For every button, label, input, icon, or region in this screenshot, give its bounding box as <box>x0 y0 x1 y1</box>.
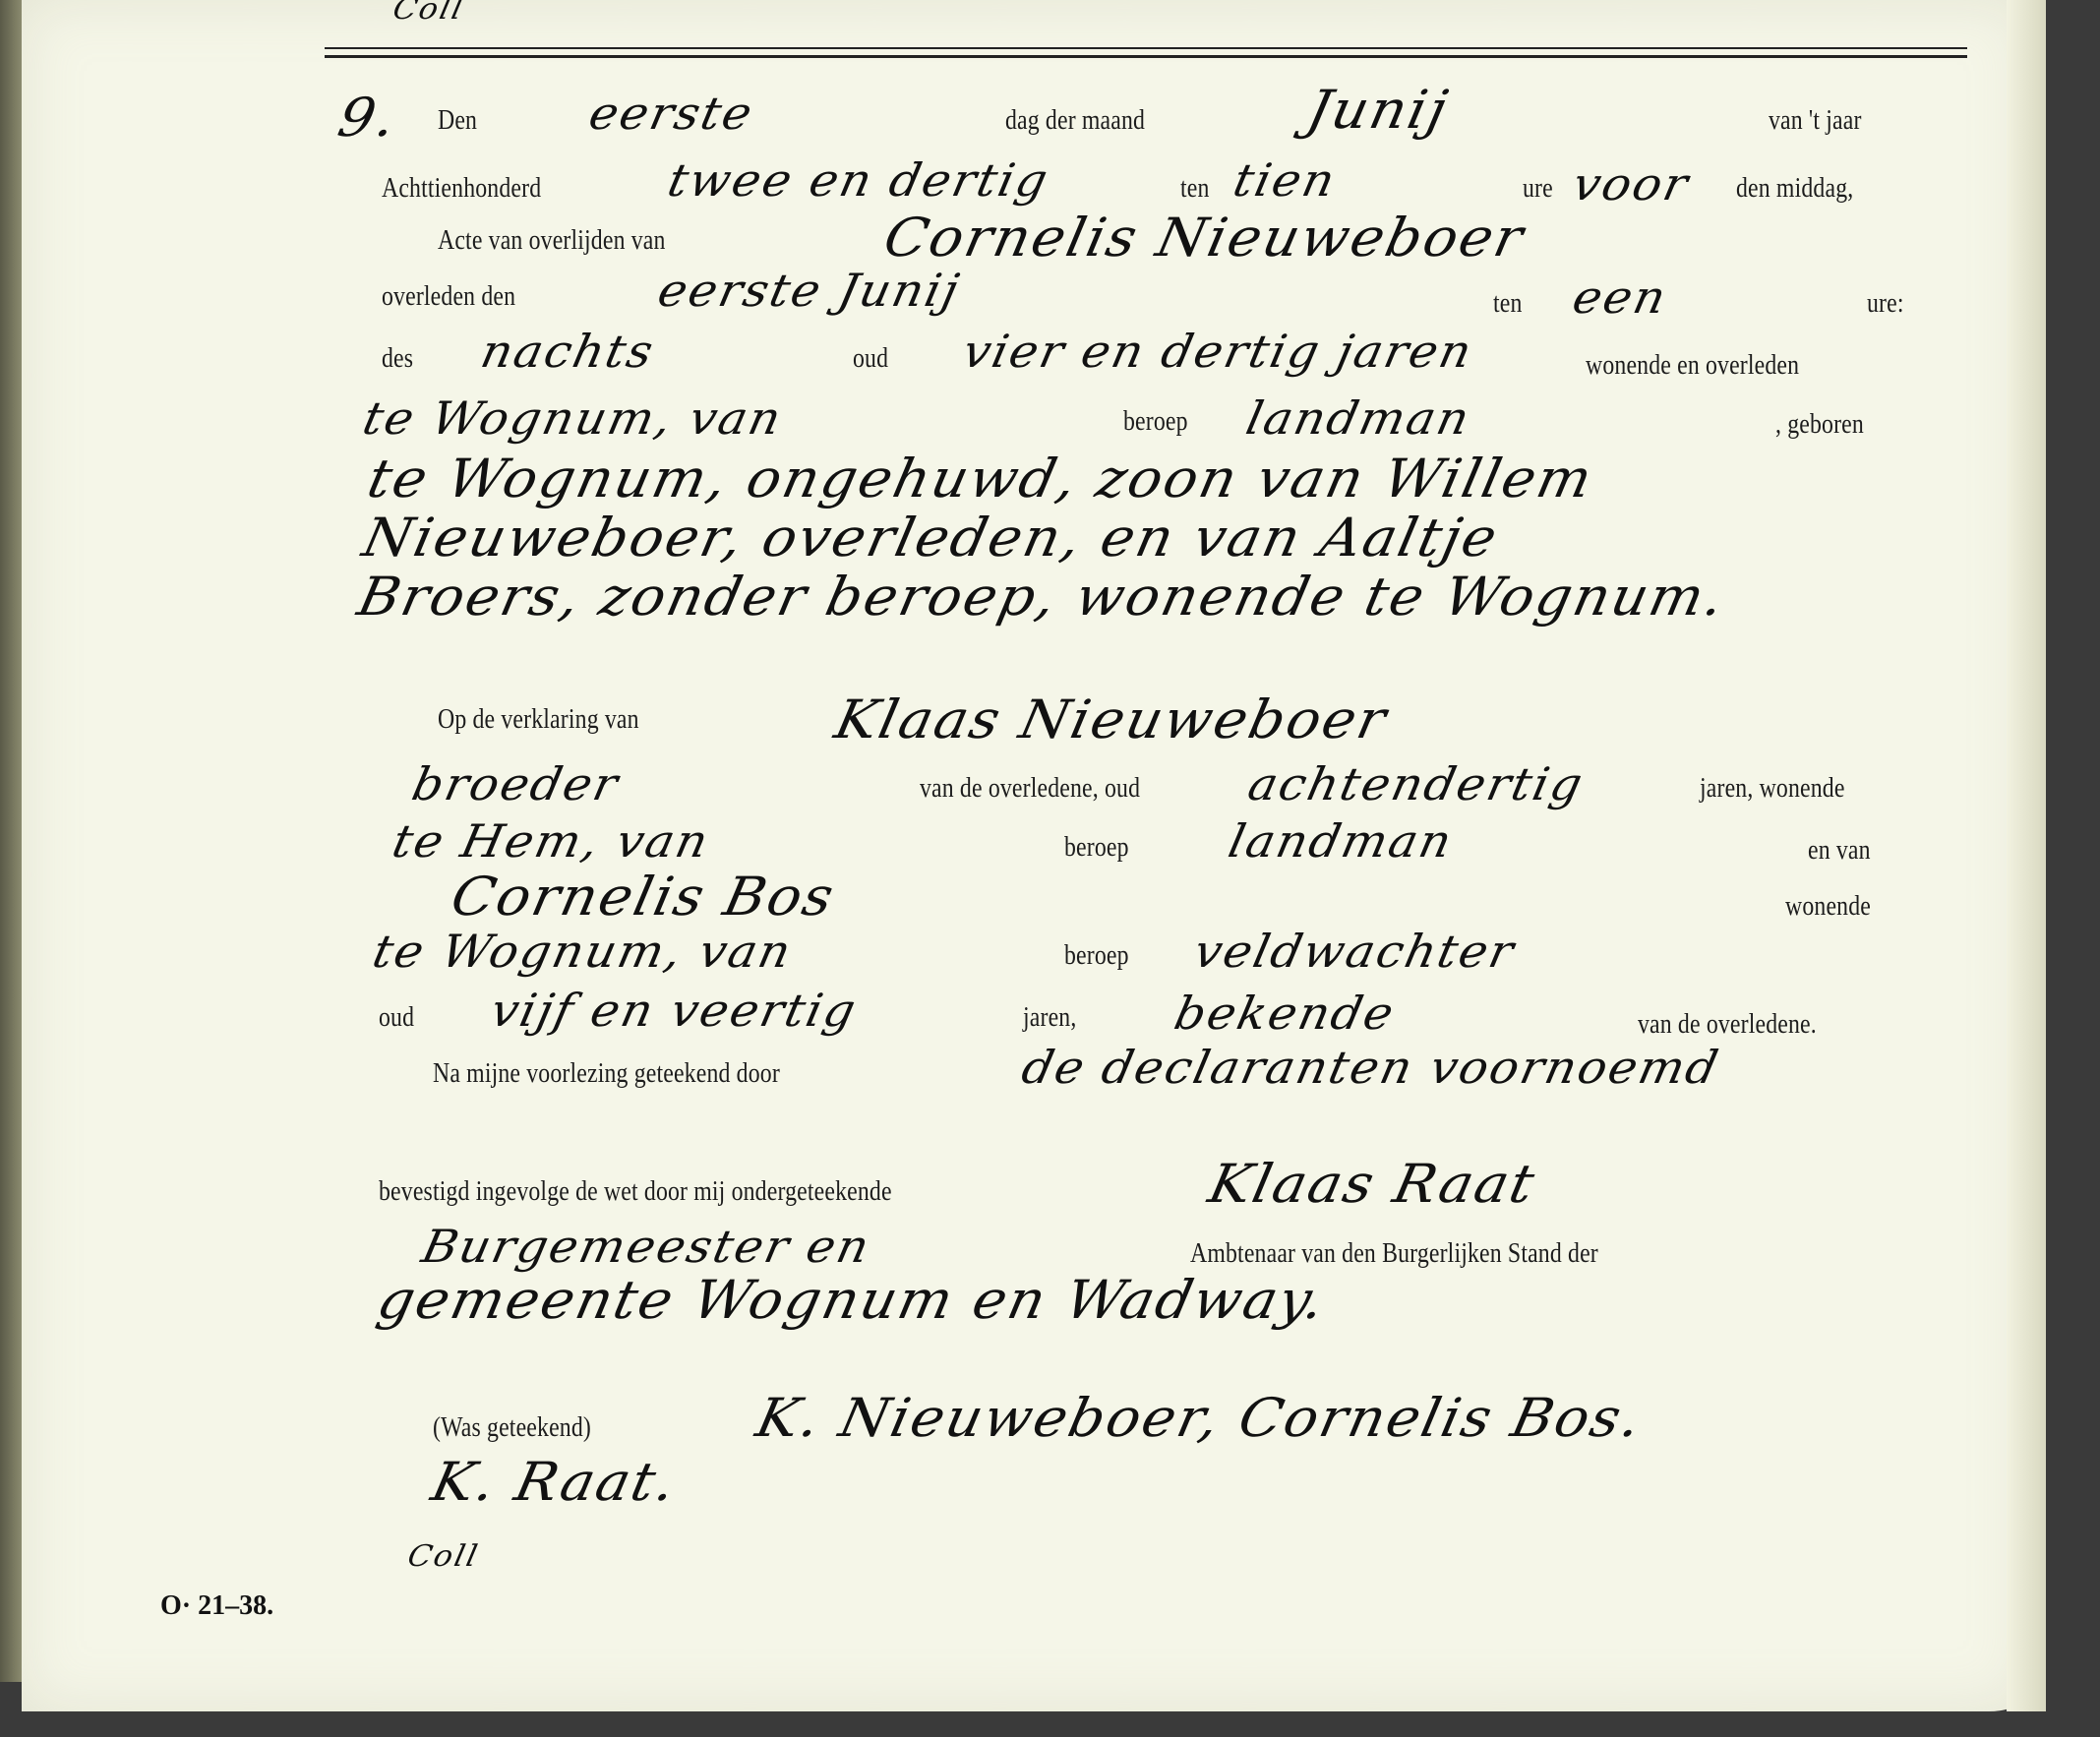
header-rule-top <box>325 47 1967 49</box>
header-rule-bottom <box>325 55 1967 58</box>
handwritten-text: nachts <box>476 325 659 378</box>
handwritten-text: te Wognum, van <box>358 391 788 445</box>
printed-text: van de overledene. <box>1638 1008 1817 1041</box>
handwritten-text: Nieuweboer, overleden, en van Aaltje <box>357 507 1504 569</box>
printed-text: , geboren <box>1775 408 1864 441</box>
bottom-annotation: Coll <box>404 1539 482 1574</box>
printed-text: den middag, <box>1736 172 1853 205</box>
printed-text: Na mijne voorlezing geteekend door <box>433 1057 780 1090</box>
top-annotation: Coll <box>390 0 467 27</box>
printed-text: ure: <box>1867 287 1904 320</box>
signature-registrar: K. Raat. <box>426 1451 683 1513</box>
page-edge <box>2007 0 2046 1711</box>
printed-text: en van <box>1808 834 1871 867</box>
handwritten-text: te Wognum, ongehuwd, zoon van Willem <box>362 448 1599 509</box>
handwritten-text: te Wognum, van <box>368 925 798 978</box>
book-binding <box>0 0 22 1682</box>
printed-text: jaren, <box>1023 1001 1076 1034</box>
handwritten-text: gemeente Wognum en Wadway. <box>372 1269 1332 1331</box>
handwritten-text: te Hem, van <box>388 814 714 868</box>
printed-text: jaren, wonende <box>1700 772 1845 805</box>
handwritten-text: veldwachter <box>1189 925 1520 978</box>
handwritten-text: bekende <box>1170 987 1400 1040</box>
handwritten-text: landman <box>1224 814 1458 868</box>
handwritten-text: Cornelis Nieuweboer <box>878 207 1530 269</box>
printed-text: wonende <box>1785 890 1871 923</box>
printed-text: des <box>382 342 413 375</box>
handwritten-text: Burgemeester en <box>417 1220 875 1273</box>
printed-text: overleden den <box>382 280 515 313</box>
handwritten-text: tien <box>1229 153 1341 207</box>
printed-text: beroep <box>1123 405 1188 438</box>
handwritten-text: eerste <box>584 87 758 140</box>
printed-text: bevestigd ingevolge de wet door mij onde… <box>379 1175 892 1208</box>
printed-text: beroep <box>1064 939 1129 972</box>
handwritten-text: achtendertig <box>1243 757 1589 810</box>
printed-text: ure <box>1523 172 1553 205</box>
printed-text: Den <box>438 104 477 137</box>
printed-text: oud <box>853 342 888 375</box>
handwritten-text: Klaas Raat <box>1203 1153 1541 1215</box>
printed-text: Ambtenaar van den Burgerlijken Stand der <box>1190 1237 1598 1270</box>
handwritten-text: vier en dertig jaren <box>958 325 1478 378</box>
handwritten-text: eerste Junij <box>653 264 965 317</box>
printed-text: ten <box>1493 287 1523 320</box>
printed-text: Achttienhonderd <box>382 172 541 205</box>
form-code: O· 21–38. <box>160 1590 273 1622</box>
printed-text: beroep <box>1064 831 1129 864</box>
handwritten-text: twee en dertig <box>663 153 1054 207</box>
printed-text: van 't jaar <box>1769 104 1862 137</box>
printed-text: oud <box>379 1001 414 1034</box>
printed-text: wonende en overleden <box>1586 349 1799 382</box>
printed-text: (Was geteekend) <box>433 1411 591 1444</box>
printed-text: Op de verklaring van <box>438 703 639 736</box>
handwritten-text: voor <box>1568 157 1694 210</box>
handwritten-text: broeder <box>407 757 624 810</box>
handwritten-text: landman <box>1241 391 1475 445</box>
handwritten-text: vijf en veertig <box>486 984 862 1037</box>
handwritten-text: Cornelis Bos <box>446 866 841 928</box>
handwritten-text: een <box>1568 270 1672 324</box>
handwritten-text: Junij <box>1301 79 1454 141</box>
handwritten-text: de declaranten voornoemd <box>1017 1041 1724 1094</box>
signature-line: K. Nieuweboer, Cornelis Bos. <box>750 1387 1648 1449</box>
printed-text: dag der maand <box>1005 104 1145 137</box>
printed-text: Acte van overlijden van <box>438 224 666 257</box>
handwritten-text: Broers, zonder beroep, wonende te Wognum… <box>352 566 1731 628</box>
printed-text: ten <box>1180 172 1210 205</box>
printed-text: van de overledene, oud <box>920 772 1140 805</box>
handwritten-text: Klaas Nieuweboer <box>829 689 1393 750</box>
